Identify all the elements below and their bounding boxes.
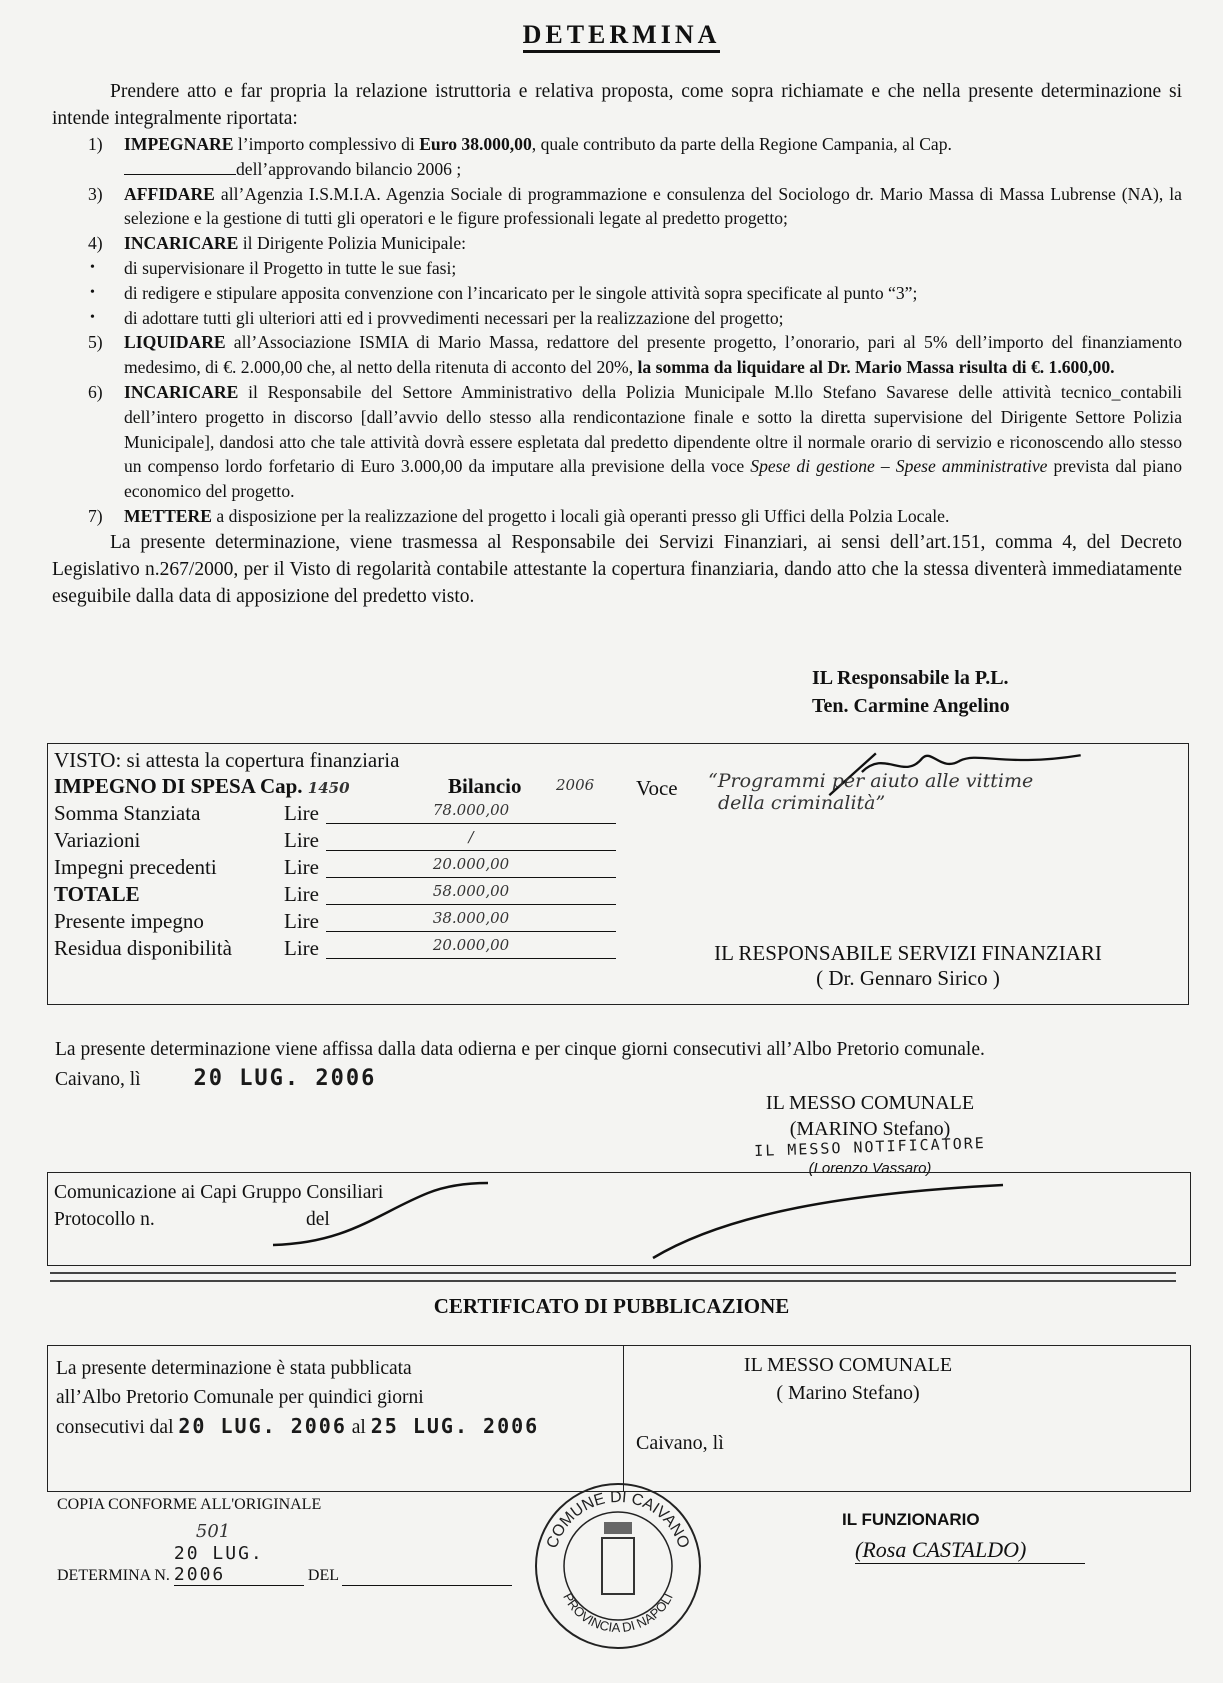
transmit-paragraph: La presente determinazione, viene trasme…	[52, 529, 1182, 610]
bullet-item: •di supervisionare il Progetto in tutte …	[52, 256, 1182, 281]
visto-row-value: /	[326, 828, 616, 851]
svg-text:PROVINCIA DI NAPOLI: PROVINCIA DI NAPOLI	[560, 1590, 676, 1635]
visto-row-value: 58.000,00	[326, 882, 616, 905]
visto-row-currency: Lire	[284, 801, 319, 826]
certificato-box: La presente determinazione è stata pubbl…	[47, 1345, 1191, 1492]
municipal-seal-icon: COMUNE DI CAIVANO PROVINCIA DI NAPOLI	[532, 1480, 704, 1652]
determina-body: Prendere atto e far propria la relazione…	[52, 78, 1182, 610]
visto-row-label: Residua disponibilità	[54, 936, 232, 961]
copia-conforme: COPIA CONFORME ALL'ORIGINALE	[57, 1496, 321, 1514]
certificato-text: La presente determinazione è stata pubbl…	[56, 1354, 616, 1442]
visto-row-currency: Lire	[284, 828, 319, 853]
items-list: 1) IMPEGNARE l’importo complessivo di Eu…	[52, 132, 1182, 529]
date-to-stamp: 25 LUG. 2006	[371, 1414, 540, 1438]
list-item: 7)METTERE a disposizione per la realizza…	[52, 504, 1182, 529]
resp-finanziari-title: IL RESPONSABILE SERVIZI FINANZIARI	[648, 941, 1168, 966]
bilancio-label: Bilancio	[448, 774, 522, 799]
visto-row-value: 78.000,00	[326, 801, 616, 824]
visto-row-value: 20.000,00	[326, 936, 616, 959]
signatory-block: IL Responsabile la P.L. Ten. Carmine Ang…	[812, 664, 1010, 720]
certificato-title: CERTIFICATO DI PUBBLICAZIONE	[0, 1294, 1223, 1319]
visto-row-label: Impegni precedenti	[54, 855, 217, 880]
visto-row-label: TOTALE	[54, 882, 140, 907]
visto-row-currency: Lire	[284, 936, 319, 961]
list-item: 6)INCARICARE il Responsabile del Settore…	[52, 380, 1182, 504]
determina-number: DETERMINA N. 501 20 LUG. 2006 DEL	[57, 1543, 512, 1586]
messo-comunale: IL MESSO COMUNALE (MARINO Stefano) IL ME…	[720, 1090, 1020, 1182]
date-stamp: 20 LUG. 2006	[193, 1066, 376, 1091]
comunicazione-box: Comunicazione ai Capi Gruppo Consiliari …	[47, 1172, 1191, 1266]
affissa-section: La presente determinazione viene affissa…	[55, 1036, 1175, 1093]
det-num-value: 501	[196, 1521, 230, 1542]
det-date-stamp: 20 LUG. 2006	[174, 1543, 264, 1585]
bullet-item: •di adottare tutti gli ulteriori atti ed…	[52, 306, 1182, 331]
impegno-label: IMPEGNO DI SPESA Cap. 1450	[54, 774, 350, 799]
visto-row-label: Somma Stanziata	[54, 801, 200, 826]
intro-paragraph: Prendere atto e far propria la relazione…	[52, 78, 1182, 132]
visto-row-value: 20.000,00	[326, 855, 616, 878]
visto-row-label: Variazioni	[54, 828, 140, 853]
certificato-divider	[623, 1346, 624, 1491]
cap-value: 1450	[308, 779, 350, 797]
signatory-role: IL Responsabile la P.L.	[812, 664, 1010, 692]
cancel-strokes	[48, 1173, 1188, 1265]
visto-row-value: 38.000,00	[326, 909, 616, 932]
affissa-place: Caivano, lì	[55, 1069, 141, 1090]
certificato-messo: IL MESSO COMUNALE ( Marino Stefano) Caiv…	[628, 1346, 1188, 1491]
bullet-item: •di redigere e stipulare apposita conven…	[52, 281, 1182, 306]
list-item: 5)LIQUIDARE all’Associazione ISMIA di Ma…	[52, 330, 1182, 380]
resp-finanziari: IL RESPONSABILE SERVIZI FINANZIARI ( Dr.…	[648, 941, 1168, 991]
resp-finanziari-name: ( Dr. Gennaro Sirico )	[648, 966, 1168, 991]
funzionario-name: (Rosa CASTALDO)	[855, 1537, 1085, 1564]
visto-row-label: Presente impegno	[54, 909, 204, 934]
certificato-place: Caivano, lì	[636, 1432, 724, 1455]
affissa-text: La presente determinazione viene affissa…	[55, 1036, 1175, 1063]
list-item: 1) IMPEGNARE l’importo complessivo di Eu…	[52, 132, 1182, 182]
visto-box: VISTO: si attesta la copertura finanziar…	[47, 743, 1189, 1005]
signatory-name: Ten. Carmine Angelino	[812, 692, 1010, 720]
voce-value: “Programmi per aiuto alle vittime della …	[708, 770, 1033, 814]
funzionario-title: IL FUNZIONARIO	[842, 1510, 980, 1530]
visto-row-currency: Lire	[284, 882, 319, 907]
visto-heading: VISTO: si attesta la copertura finanziar…	[54, 748, 399, 773]
date-from-stamp: 20 LUG. 2006	[178, 1414, 347, 1438]
visto-row-currency: Lire	[284, 909, 319, 934]
cap-blank	[124, 174, 236, 175]
list-item: 3)AFFIDARE all’Agenzia I.S.M.I.A. Agenzi…	[52, 182, 1182, 232]
messo-title: IL MESSO COMUNALE	[720, 1090, 1020, 1116]
bilancio-value: 2006	[556, 776, 594, 794]
voce-label: Voce	[636, 776, 678, 801]
list-item: 4)INCARICARE il Dirigente Polizia Munici…	[52, 231, 1182, 256]
double-separator	[50, 1272, 1176, 1282]
visto-row-currency: Lire	[284, 855, 319, 880]
document-title: DETERMINA	[0, 20, 1223, 50]
svg-text:COMUNE DI CAIVANO: COMUNE DI CAIVANO	[544, 1489, 692, 1551]
